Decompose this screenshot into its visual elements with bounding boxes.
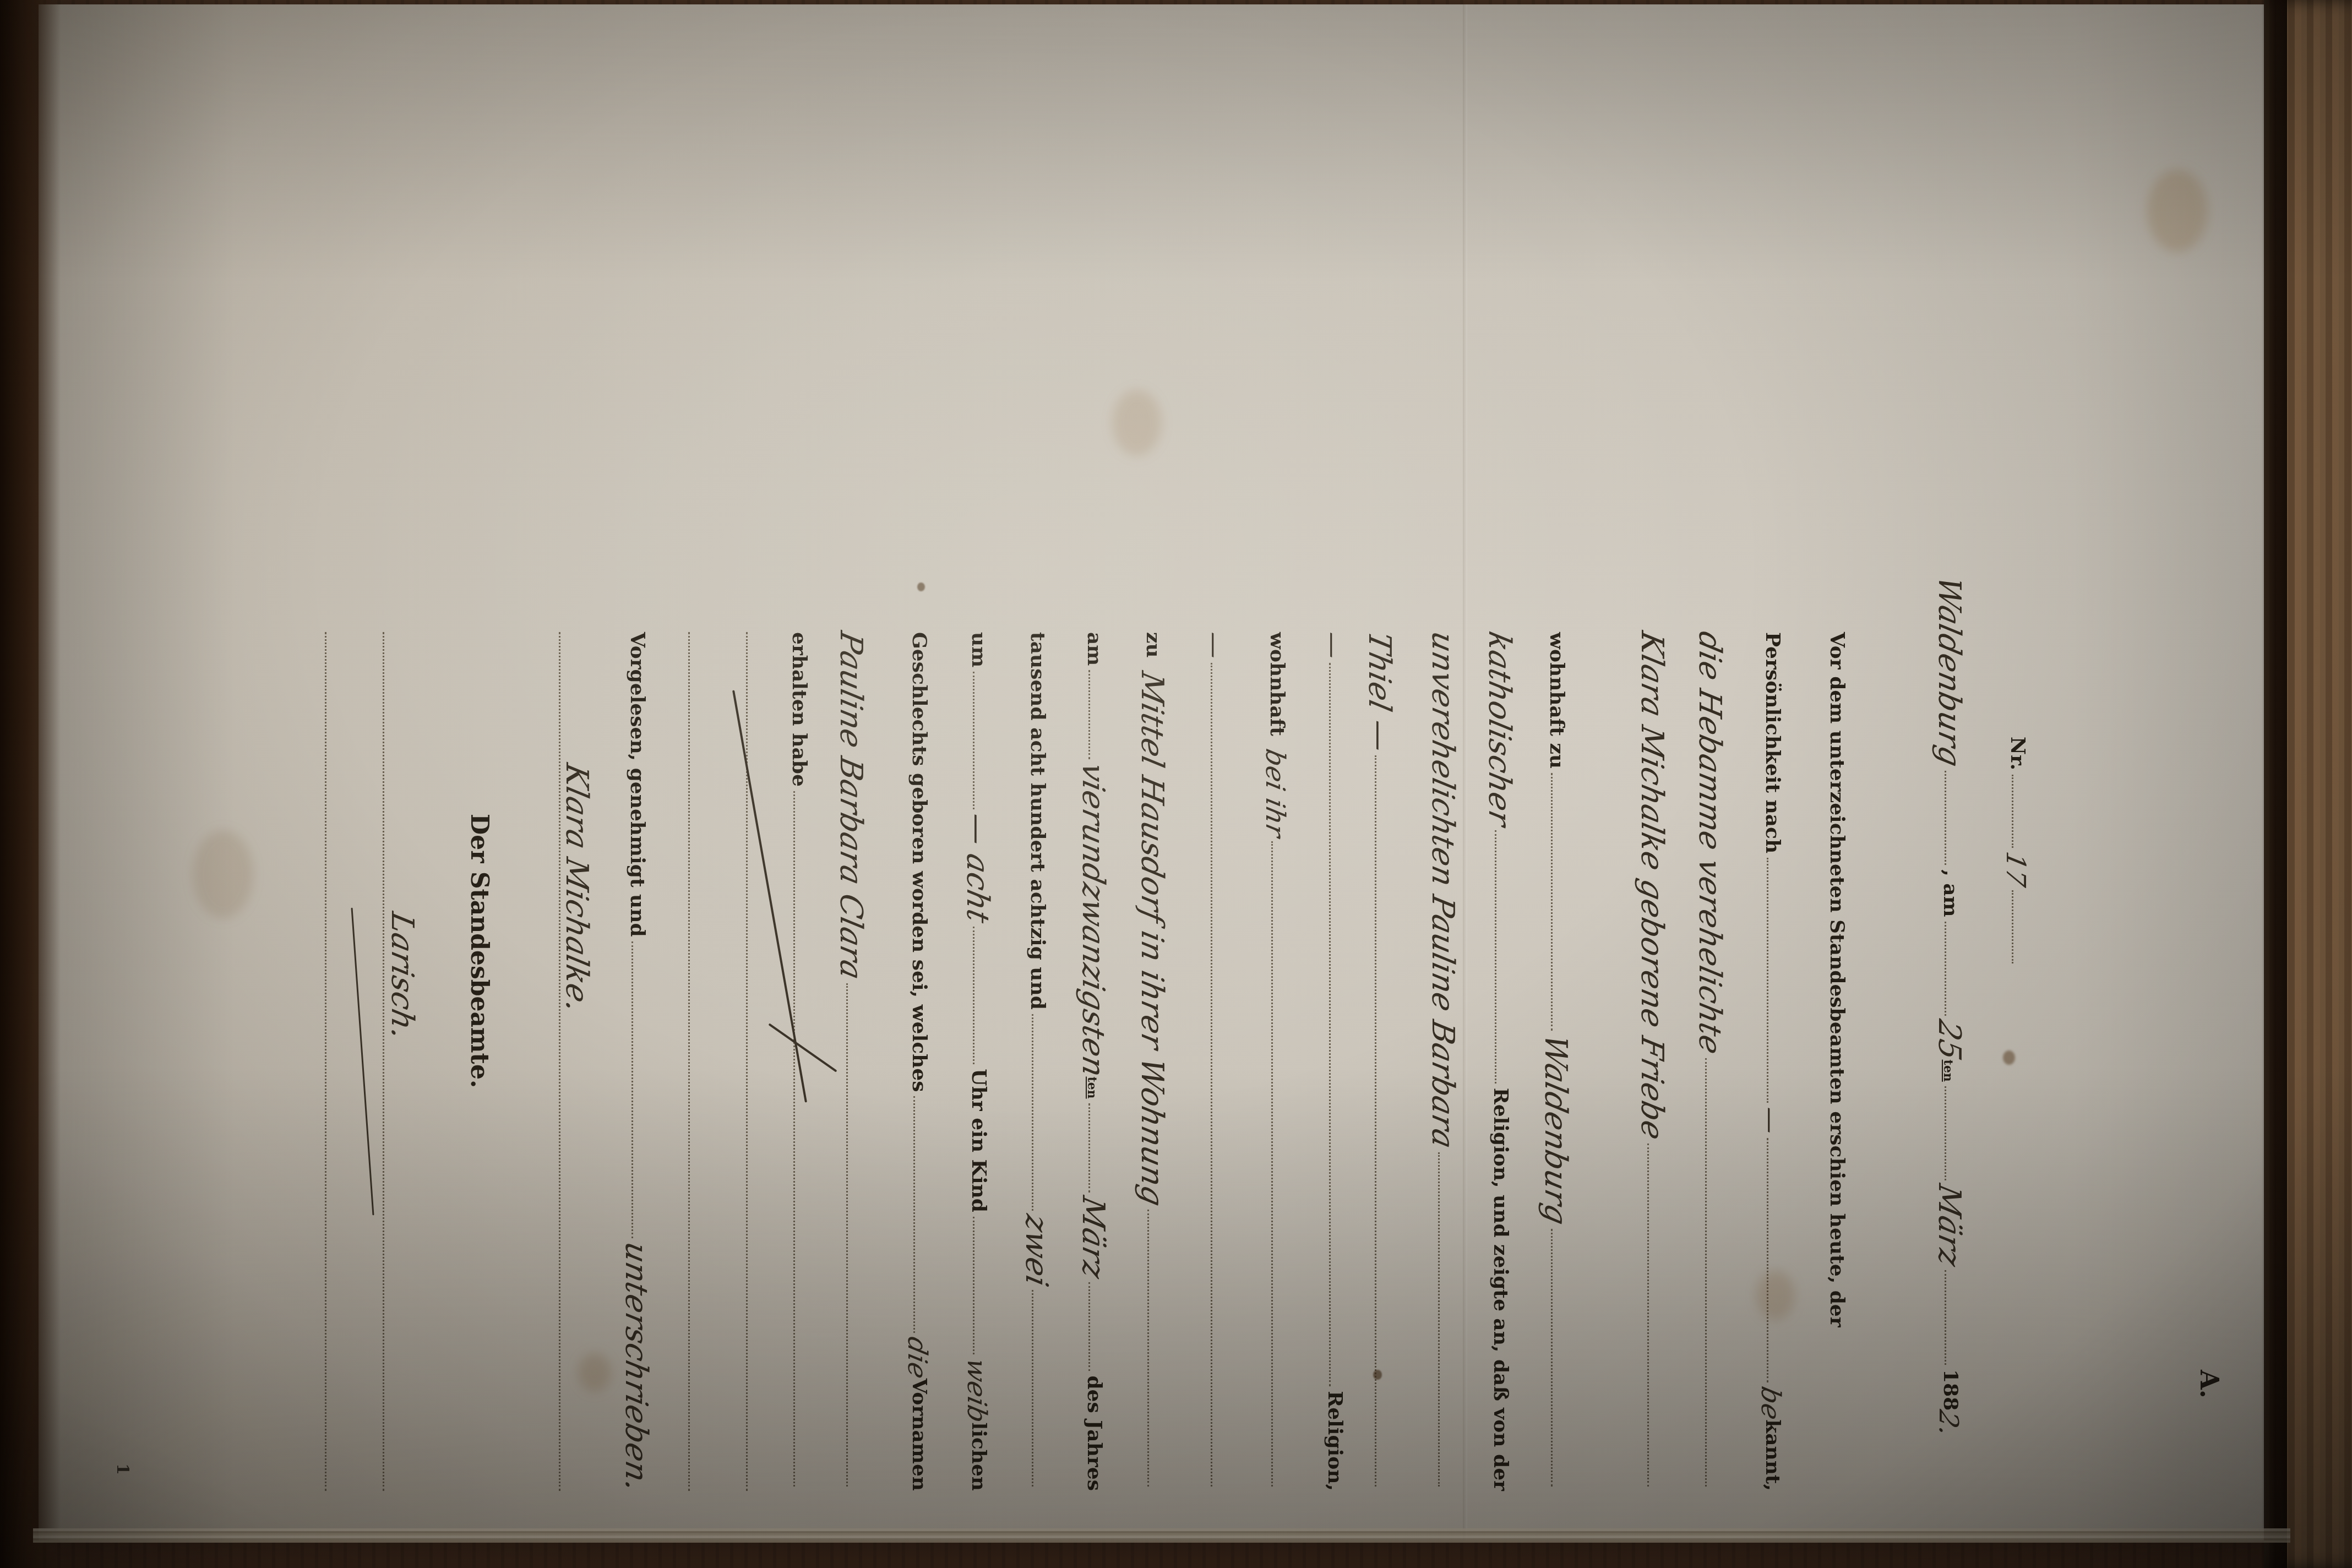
zu-line: zu Mittel Hausdorf in ihrer Wohnung (1144, 632, 1171, 1491)
year-printed: 188 (1941, 1369, 1961, 1411)
dotted-rule (1147, 1210, 1150, 1487)
welches-fill-handwritten: die (905, 1335, 929, 1381)
paper-stain (1112, 390, 1162, 456)
photo-of-register-page: Nr. 17 A. Waldenburg , am 25 ten März 18… (0, 0, 2352, 1568)
mother-line-2: Thiel — (1371, 632, 1398, 1491)
dotted-rule (1705, 1058, 1708, 1487)
dotted-rule (2012, 890, 2015, 963)
sex-handwritten: weib (965, 1356, 988, 1425)
wohnhaft-line: wohnhaft bei ihr (1267, 632, 1291, 1491)
dotted-rule (1032, 1014, 1035, 1211)
wohnhaft-zu-label: wohnhaft zu (1547, 632, 1567, 769)
dotted-rule (1945, 771, 1947, 865)
time-handwritten: — acht (963, 811, 991, 925)
mother-1-handwritten: unverehelichten Pauline Barbara (1429, 629, 1456, 1151)
paper-stain (193, 830, 253, 918)
fox-spot (917, 582, 925, 591)
birth-date-line: am vierundzwanzigsten ten März des Jahre… (1085, 632, 1112, 1491)
dotted-rule (1271, 841, 1274, 1487)
dotted-rule (973, 927, 976, 1064)
fox-spot (2003, 1050, 2015, 1065)
empty-dotted-line (383, 632, 385, 1491)
record-number-line: Nr. 17 (2008, 737, 2032, 968)
religion1-label: Religion, und zeigte an, daß von der (1491, 1088, 1511, 1491)
fox-spot (1373, 1370, 1382, 1380)
form-letter-a: A. (2195, 1370, 2224, 1398)
declarant-2-handwritten: Klara Michalke geborene Friebe (1638, 629, 1665, 1142)
nr-label: Nr. (2008, 737, 2028, 770)
unterschrieben-handwritten: unterschrieben. (622, 1239, 650, 1494)
persoenlichkeit-line: Persönlichkeit nach — be kannt, (1763, 632, 1787, 1491)
dotted-rule (2012, 775, 2015, 848)
religion2-fill-handwritten: — (1321, 629, 1344, 661)
religion1-line: katholischer Religion, und zeigte an, da… (1491, 632, 1518, 1491)
dotted-rule (1032, 1290, 1035, 1487)
fold-crease (1463, 4, 1467, 1540)
dotted-rule (1495, 830, 1498, 1084)
dotted-rule (1647, 1144, 1650, 1487)
signature-underline-flourish (351, 908, 374, 1216)
uhr-label: Uhr ein Kind (969, 1069, 989, 1212)
declarant-1-handwritten: die Hebamme verehelichte (1696, 629, 1723, 1057)
lichen-label: lichen (969, 1422, 989, 1491)
page-number: 1 (113, 1463, 132, 1475)
intro-line: Vor dem unterzeichneten Standesbeamten e… (1827, 632, 1847, 1491)
geschlechts-line: Geschlechts geboren worden sei, welches … (910, 632, 933, 1491)
dotted-rule (1438, 1152, 1441, 1487)
record-number-handwritten: 17 (2003, 850, 2027, 888)
dotted-rule (793, 791, 796, 1487)
year-words-line: tausend acht hundert achtzig und zwei (1028, 632, 1055, 1491)
persoenlichkeit-fill-handwritten: — (1758, 1104, 1782, 1136)
be-fill-handwritten: be (1758, 1385, 1782, 1422)
dotted-rule (1088, 1103, 1091, 1193)
day-handwritten: 25 (1935, 1017, 1963, 1063)
religion2-line: — Religion, (1325, 632, 1349, 1491)
dotted-rule (973, 1217, 976, 1354)
dotted-rule (1551, 773, 1554, 1031)
intro-text: Vor dem unterzeichneten Standesbeamten e… (1827, 632, 1847, 1327)
am-label: am (1085, 632, 1104, 666)
book-gutter-shadow (0, 0, 61, 1568)
dotted-rule (913, 1096, 916, 1333)
wohnhaft-zu-fill-handwritten: Waldenburg (1542, 1032, 1569, 1227)
des-jahres-label: des Jahres (1085, 1375, 1104, 1491)
dotted-rule (1088, 1282, 1091, 1371)
official-signature-line: Larisch. (394, 913, 421, 1298)
dotted-rule (1945, 1086, 1947, 1181)
date-line: Waldenburg , am 25 ten März 188 2. (1941, 577, 1968, 1436)
dotted-rule (1767, 1138, 1770, 1382)
year-word-handwritten: zwei (1022, 1212, 1050, 1288)
ten-superscript: ten (1942, 1060, 1954, 1082)
paper-stain (2147, 170, 2208, 252)
dotted-rule (1088, 670, 1091, 759)
wohnhaft-zu-line: wohnhaft zu Waldenburg (1547, 632, 1575, 1491)
mother-2-handwritten: Thiel — (1365, 629, 1393, 754)
religion1-fill-handwritten: katholischer (1485, 629, 1513, 829)
zu-fill-handwritten: Mittel Hausdorf in ihrer Wohnung (1138, 669, 1166, 1208)
empty-dotted-line (325, 632, 328, 1491)
um-label: um (969, 632, 989, 667)
birth-day-handwritten: vierundzwanzigsten (1079, 761, 1107, 1080)
blank-fill-handwritten: — (1202, 629, 1226, 661)
year-digit-handwritten: 2. (1936, 1408, 1960, 1439)
dotted-rule (1945, 1270, 1947, 1365)
declarant-signature-handwritten: Klara Michalke. (563, 761, 590, 1015)
page-edge-shadow (2262, 0, 2287, 1568)
bekannt-label: kannt, (1763, 1419, 1783, 1491)
paper-stain (1756, 1271, 1795, 1320)
geschlechts-label: Geschlechts geboren worden sei, welches (910, 632, 929, 1092)
dotted-rule (631, 941, 634, 1238)
persoenlichkeit-label: Persönlichkeit nach (1763, 632, 1783, 853)
erhalten-label: erhalten habe (790, 632, 809, 787)
am-label: , am (1941, 869, 1961, 917)
dotted-rule (1767, 858, 1770, 1102)
mother-line-1: unverehelichten Pauline Barbara (1434, 632, 1462, 1491)
birth-month-handwritten: März (1079, 1194, 1107, 1281)
religion2-label: Religion, (1325, 1391, 1345, 1491)
book-bottom-edge (0, 1516, 2352, 1568)
vorgelesen-line: Vorgelesen, genehmigt und unterschrieben… (628, 632, 655, 1491)
declarant-line-1: die Hebamme verehelichte (1701, 632, 1729, 1491)
declarant-line-2: Klara Michalke geborene Friebe (1643, 632, 1671, 1491)
wohnhaft-fill-handwritten: bei ihr (1263, 747, 1287, 839)
ten-superscript: ten (1086, 1076, 1098, 1098)
time-line: um — acht Uhr ein Kind weib lichen (969, 632, 997, 1491)
tausend-label: tausend acht hundert achtzig und (1028, 632, 1048, 1010)
wohnhaft-label: wohnhaft (1267, 632, 1287, 736)
zu-label: zu (1144, 632, 1163, 658)
dotted-rule (1329, 663, 1332, 1386)
register-sheet: Nr. 17 A. Waldenburg , am 25 ten März 18… (39, 4, 2290, 1540)
dotted-rule (1945, 922, 1947, 1016)
dotted-rule (1551, 1229, 1554, 1487)
standesbeamte-line: Der Standesbeamte. (467, 814, 491, 1166)
dotted-rule (846, 983, 849, 1487)
declarant-signature-line: Klara Michalke. (568, 764, 596, 1397)
vornamen-label: Vornamen (910, 1379, 929, 1491)
ort-handwritten: Waldenburg (1935, 574, 1963, 769)
vornamen-line: Pauline Barbara Clara (842, 632, 870, 1491)
dotted-rule (973, 672, 976, 809)
empty-dotted-line (688, 632, 691, 1491)
dotted-rule (1211, 663, 1213, 1487)
blank-fill-line: — (1207, 632, 1231, 1491)
vorgelesen-label: Vorgelesen, genehmigt und (628, 632, 647, 937)
child-names-handwritten: Pauline Barbara Clara (837, 629, 864, 982)
paper-stain (578, 1353, 611, 1392)
official-signature-handwritten: Larisch. (388, 910, 416, 1042)
month-handwritten: März (1935, 1182, 1963, 1269)
standesbeamte-label: Der Standesbeamte. (467, 814, 491, 1088)
